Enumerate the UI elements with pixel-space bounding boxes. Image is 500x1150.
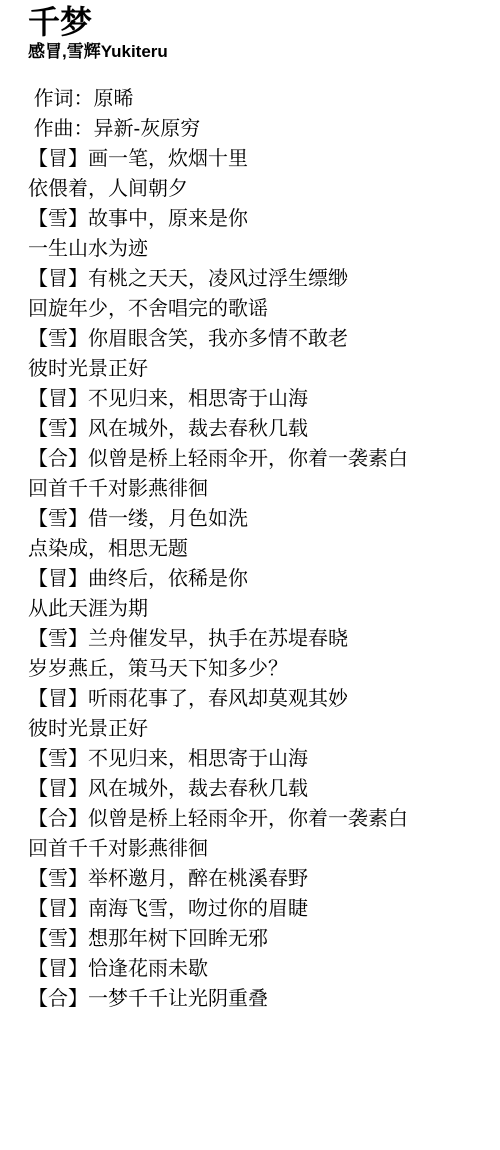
lyric-line: 【雪】你眉眼含笑，我亦多情不敢老 — [28, 324, 480, 354]
lyric-line: 一生山水为迹 — [28, 234, 480, 264]
lyric-line: 【合】一梦千千让光阴重叠 — [28, 984, 480, 1014]
lyrics-block: 作词：原晞 作曲：异新-灰原穷 【冒】画一笔，炊烟十里依偎着，人间朝夕【雪】故事… — [28, 84, 480, 1014]
lyric-line: 依偎着，人间朝夕 — [28, 174, 480, 204]
lyric-line: 彼时光景正好 — [28, 714, 480, 744]
lyric-line: 【冒】听雨花事了，春风却莫观其妙 — [28, 684, 480, 714]
lyric-line: 【冒】恰逢花雨未歇 — [28, 954, 480, 984]
lyric-line: 彼时光景正好 — [28, 354, 480, 384]
lyric-line: 岁岁燕丘，策马天下知多少？ — [28, 654, 480, 684]
lyric-line: 【冒】画一笔，炊烟十里 — [28, 144, 480, 174]
lyric-line: 从此天涯为期 — [28, 594, 480, 624]
lyric-line: 【合】似曾是桥上轻雨伞开，你着一袭素白 — [28, 804, 480, 834]
lyric-line: 【雪】举杯邀月，醉在桃溪春野 — [28, 864, 480, 894]
credit-line: 作词：原晞 — [28, 84, 480, 114]
lyric-line: 回首千千对影燕徘徊 — [28, 474, 480, 504]
lyric-line: 【雪】不见归来，相思寄于山海 — [28, 744, 480, 774]
lyric-line: 回首千千对影燕徘徊 — [28, 834, 480, 864]
lyric-line: 【冒】风在城外，裁去春秋几载 — [28, 774, 480, 804]
lyric-line: 【冒】曲终后，依稀是你 — [28, 564, 480, 594]
credits-list: 作词：原晞 作曲：异新-灰原穷 — [28, 84, 480, 144]
lyric-line: 回旋年少，不舍唱完的歌谣 — [28, 294, 480, 324]
lyric-line: 【合】似曾是桥上轻雨伞开，你着一袭素白 — [28, 444, 480, 474]
song-artists: 感冒,雪辉Yukiteru — [28, 41, 480, 63]
lyric-line: 【雪】想那年树下回眸无邪 — [28, 924, 480, 954]
lyric-line: 【雪】兰舟催发早，执手在苏堤春晓 — [28, 624, 480, 654]
lyric-line: 【冒】有桃之天天，凌风过浮生缥缈 — [28, 264, 480, 294]
lyric-line: 【雪】故事中，原来是你 — [28, 204, 480, 234]
lyric-line: 【冒】不见归来，相思寄于山海 — [28, 384, 480, 414]
lyric-line: 【雪】风在城外，裁去春秋几载 — [28, 414, 480, 444]
lyrics-page: 千梦 感冒,雪辉Yukiteru 作词：原晞 作曲：异新-灰原穷 【冒】画一笔，… — [0, 0, 500, 1014]
page-title: 千梦 — [28, 3, 480, 41]
lyrics-list: 【冒】画一笔，炊烟十里依偎着，人间朝夕【雪】故事中，原来是你一生山水为迹【冒】有… — [28, 144, 480, 1014]
lyric-line: 【雪】借一缕，月色如洗 — [28, 504, 480, 534]
credit-line: 作曲：异新-灰原穷 — [28, 114, 480, 144]
lyric-line: 【冒】南海飞雪，吻过你的眉睫 — [28, 894, 480, 924]
lyric-line: 点染成，相思无题 — [28, 534, 480, 564]
